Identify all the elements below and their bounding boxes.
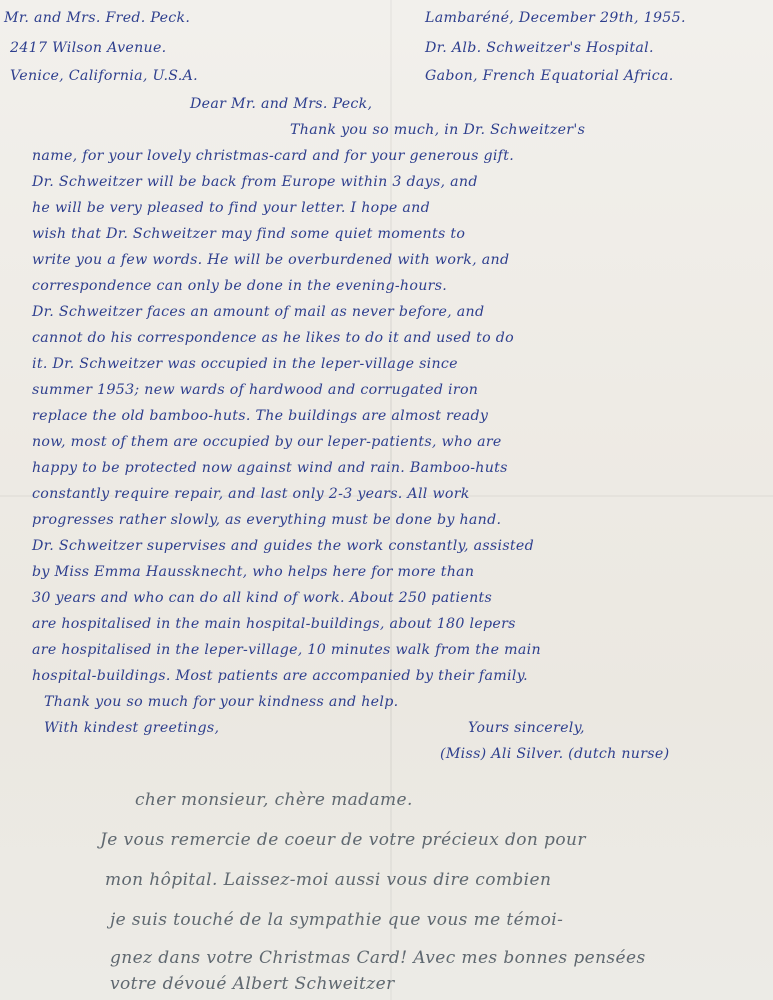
body-line: he will be very pleased to find your let…	[32, 200, 430, 216]
body-line: happy to be protected now against wind a…	[32, 460, 508, 476]
ps-line: mon hôpital. Laissez-moi aussi vous dire…	[105, 870, 551, 890]
signature-nurse: (Miss) Ali Silver. (dutch nurse)	[440, 746, 669, 762]
closing-right: Yours sincerely,	[468, 720, 585, 736]
body-line: hospital-buildings. Most patients are ac…	[32, 668, 528, 684]
body-line: name, for your lovely christmas-card and…	[32, 148, 514, 164]
recipient-city: Venice, California, U.S.A.	[10, 68, 198, 84]
body-line: Dr. Schweitzer supervises and guides the…	[32, 538, 534, 554]
body-line: progresses rather slowly, as everything …	[32, 512, 501, 528]
body-line: by Miss Emma Haussknecht, who helps here…	[32, 564, 474, 580]
body-line: Dr. Schweitzer will be back from Europe …	[32, 174, 478, 190]
body-line: constantly require repair, and last only…	[32, 486, 470, 502]
salutation: Dear Mr. and Mrs. Peck,	[190, 96, 372, 112]
body-line: write you a few words. He will be overbu…	[32, 252, 509, 268]
body-line: are hospitalised in the main hospital-bu…	[32, 616, 516, 632]
body-line: replace the old bamboo-huts. The buildin…	[32, 408, 488, 424]
sender-region: Gabon, French Equatorial Africa.	[425, 68, 674, 84]
sender-institution: Dr. Alb. Schweitzer's Hospital.	[425, 40, 654, 56]
body-line: cannot do his correspondence as he likes…	[32, 330, 514, 346]
body-line: 30 years and who can do all kind of work…	[32, 590, 492, 606]
body-line: wish that Dr. Schweitzer may find some q…	[32, 226, 465, 242]
ps-line: gnez dans votre Christmas Card! Avec mes…	[110, 948, 646, 968]
body-line: Dr. Schweitzer faces an amount of mail a…	[32, 304, 484, 320]
body-line: Thank you so much, in Dr. Schweitzer's	[290, 122, 585, 138]
recipient-street: 2417 Wilson Avenue.	[10, 40, 166, 56]
ps-line: je suis touché de la sympathie que vous …	[110, 910, 563, 930]
body-line: are hospitalised in the leper-village, 1…	[32, 642, 541, 658]
sender-place-date: Lambaréné, December 29th, 1955.	[425, 10, 686, 26]
recipient-name: Mr. and Mrs. Fred. Peck.	[4, 10, 190, 26]
ps-line: Je vous remercie de coeur de votre préci…	[100, 830, 586, 850]
body-line: correspondence can only be done in the e…	[32, 278, 447, 294]
ps-salutation: cher monsieur, chère madame.	[135, 790, 413, 810]
body-line: Thank you so much for your kindness and …	[44, 694, 398, 710]
body-line: summer 1953; new wards of hardwood and c…	[32, 382, 478, 398]
closing-left: With kindest greetings,	[44, 720, 219, 736]
body-line: now, most of them are occupied by our le…	[32, 434, 502, 450]
body-line: it. Dr. Schweitzer was occupied in the l…	[32, 356, 458, 372]
ps-signature: votre dévoué Albert Schweitzer	[110, 974, 395, 994]
